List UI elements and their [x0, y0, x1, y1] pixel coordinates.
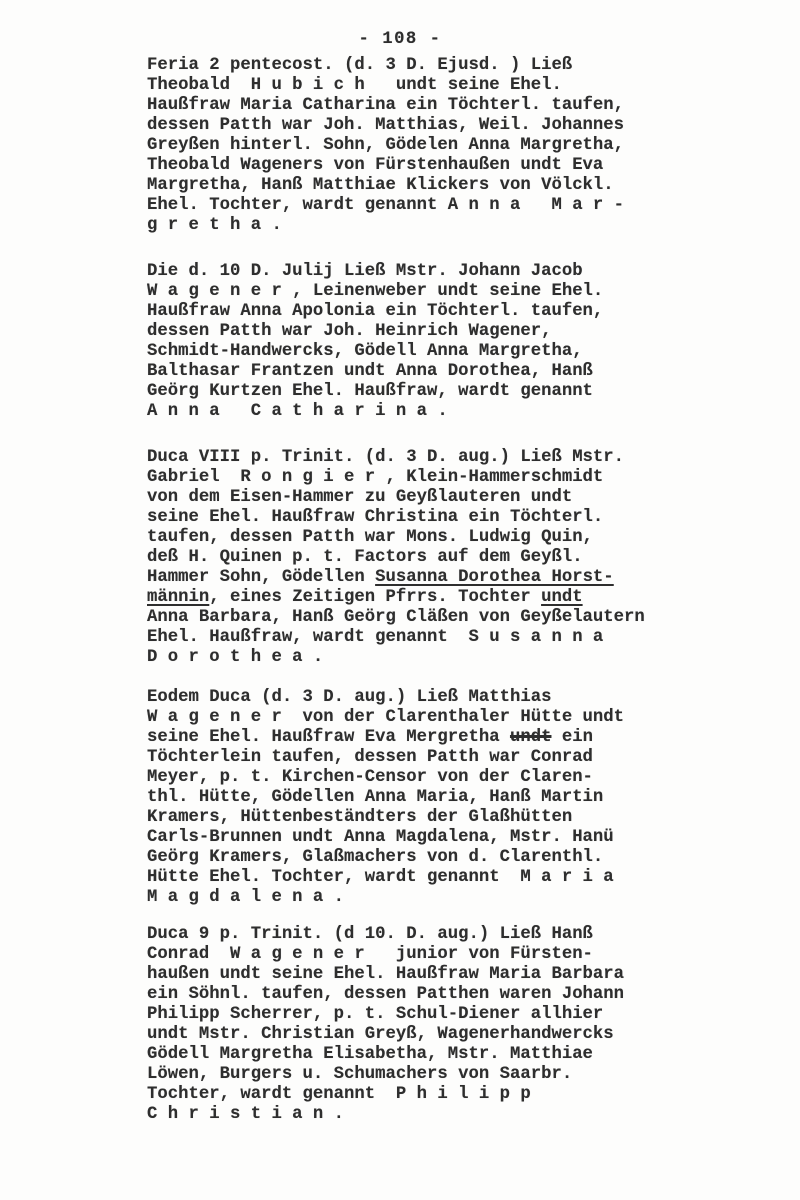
text-segment: seine Ehel. Haußfraw Christina ein Töcht…: [147, 508, 603, 527]
text-segment: Duca 9 p. Trinit. (d 10. D. aug.) Ließ H…: [147, 925, 593, 944]
text-segment: D o r o t h e a .: [147, 648, 323, 667]
text-line: Töchterlein taufen, dessen Patth war Con…: [147, 748, 767, 768]
text-segment: Haußfraw Maria Catharina ein Töchterl. t…: [147, 96, 624, 115]
text-line: Conrad W a g e n e r junior von Fürsten-: [147, 945, 767, 965]
text-line: Duca VIII p. Trinit. (d. 3 D. aug.) Ließ…: [147, 448, 767, 468]
text-line: Theobald H u b i c h undt seine Ehel.: [147, 76, 767, 96]
text-line: Ehel. Tochter, wardt genannt A n n a M a…: [147, 196, 767, 216]
text-segment: Greyßen hinterl. Sohn, Gödelen Anna Marg…: [147, 136, 624, 155]
text-line: Geörg Kramers, Glaßmachers von d. Claren…: [147, 848, 767, 868]
text-line: haußen undt seine Ehel. Haußfraw Maria B…: [147, 965, 767, 985]
text-segment: Margretha, Hanß Matthiae Klickers von Vö…: [147, 176, 614, 195]
text-segment: taufen, dessen Patth war Mons. Ludwig Qu…: [147, 528, 593, 547]
text-segment: Geörg Kramers, Glaßmachers von d. Claren…: [147, 848, 603, 867]
text-line: Feria 2 pentecost. (d. 3 D. Ejusd. ) Lie…: [147, 56, 767, 76]
text-segment: Schmidt-Handwercks, Gödell Anna Margreth…: [147, 342, 583, 361]
text-line: Hütte Ehel. Tochter, wardt genannt M a r…: [147, 868, 767, 888]
text-segment: haußen undt seine Ehel. Haußfraw Maria B…: [147, 965, 624, 984]
paragraph: Duca 9 p. Trinit. (d 10. D. aug.) Ließ H…: [147, 925, 767, 1125]
text-segment: M a g d a l e n a .: [147, 888, 344, 907]
text-line: seine Ehel. Haußfraw Eva Mergretha undt …: [147, 728, 767, 748]
text-segment: Carls-Brunnen undt Anna Magdalena, Mstr.…: [147, 828, 614, 847]
text-segment: Gödell Margretha Elisabetha, Mstr. Matth…: [147, 1045, 593, 1064]
text-segment: Feria 2 pentecost. (d. 3 D. Ejusd. ) Lie…: [147, 56, 572, 75]
text-segment: Ehel. Tochter, wardt genannt A n n a M a…: [147, 196, 624, 215]
paragraph: Feria 2 pentecost. (d. 3 D. Ejusd. ) Lie…: [147, 56, 767, 236]
text-segment: Geörg Kurtzen Ehel. Haußfraw, wardt gena…: [147, 382, 593, 401]
page-number: - 108 -: [0, 30, 800, 50]
text-line: von dem Eisen-Hammer zu Geyßlauteren und…: [147, 488, 767, 508]
text-line: Haußfraw Maria Catharina ein Töchterl. t…: [147, 96, 767, 116]
text-line: D o r o t h e a .: [147, 648, 767, 668]
text-line: taufen, dessen Patth war Mons. Ludwig Qu…: [147, 528, 767, 548]
text-line: Kramers, Hüttenbeständters der Glaßhütte…: [147, 808, 767, 828]
text-line: deß H. Quinen p. t. Factors auf dem Geyß…: [147, 548, 767, 568]
text-segment: von dem Eisen-Hammer zu Geyßlauteren und…: [147, 488, 572, 507]
text-segment: Balthasar Frantzen undt Anna Dorothea, H…: [147, 362, 593, 381]
text-segment: Hütte Ehel. Tochter, wardt genannt M a r…: [147, 868, 614, 887]
text-line: Meyer, p. t. Kirchen-Censor von der Clar…: [147, 768, 767, 788]
text-segment: W a g e n e r von der Clarenthaler Hütte…: [147, 708, 624, 727]
text-segment: seine Ehel. Haußfraw Eva Mergretha: [147, 728, 510, 747]
text-segment: C h r i s t i a n .: [147, 1105, 344, 1124]
text-segment: ein: [551, 728, 592, 747]
text-segment: Haußfraw Anna Apolonia ein Töchterl. tau…: [147, 302, 603, 321]
text-segment: Eodem Duca (d. 3 D. aug.) Ließ Matthias: [147, 688, 551, 707]
text-segment: Gabriel R o n g i e r , Klein-Hammerschm…: [147, 468, 603, 487]
text-line: Greyßen hinterl. Sohn, Gödelen Anna Marg…: [147, 136, 767, 156]
text-line: Schmidt-Handwercks, Gödell Anna Margreth…: [147, 342, 767, 362]
text-segment: dessen Patth war Joh. Matthias, Weil. Jo…: [147, 116, 624, 135]
text-segment: A n n a C a t h a r i n a .: [147, 402, 448, 421]
text-line: Gabriel R o n g i e r , Klein-Hammerschm…: [147, 468, 767, 488]
text-line: Balthasar Frantzen undt Anna Dorothea, H…: [147, 362, 767, 382]
text-line: W a g e n e r von der Clarenthaler Hütte…: [147, 708, 767, 728]
text-line: undt Mstr. Christian Greyß, Wagenerhandw…: [147, 1025, 767, 1045]
text-line: Haußfraw Anna Apolonia ein Töchterl. tau…: [147, 302, 767, 322]
text-segment: Theobald H u b i c h undt seine Ehel.: [147, 76, 562, 95]
text-segment: Löwen, Burgers u. Schumachers von Saarbr…: [147, 1065, 572, 1084]
text-segment: , eines Zeitigen Pfrrs. Tochter: [209, 588, 541, 607]
text-line: Carls-Brunnen undt Anna Magdalena, Mstr.…: [147, 828, 767, 848]
document-body: Feria 2 pentecost. (d. 3 D. Ejusd. ) Lie…: [147, 56, 767, 1125]
paragraph: Die d. 10 D. Julij Ließ Mstr. Johann Jac…: [147, 262, 767, 422]
text-line: W a g e n e r , Leinenweber undt seine E…: [147, 282, 767, 302]
text-line: M a g d a l e n a .: [147, 888, 767, 908]
text-line: Margretha, Hanß Matthiae Klickers von Vö…: [147, 176, 767, 196]
text-line: Ehel. Haußfraw, wardt genannt S u s a n …: [147, 628, 767, 648]
text-line: männin, eines Zeitigen Pfrrs. Tochter un…: [147, 588, 767, 608]
paragraph: Eodem Duca (d. 3 D. aug.) Ließ MatthiasW…: [147, 688, 767, 908]
text-segment: Kramers, Hüttenbeständters der Glaßhütte…: [147, 808, 572, 827]
text-segment: Philipp Scherrer, p. t. Schul-Diener all…: [147, 1005, 603, 1024]
text-line: seine Ehel. Haußfraw Christina ein Töcht…: [147, 508, 767, 528]
text-line: Anna Barbara, Hanß Geörg Cläßen von Geyß…: [147, 608, 767, 628]
text-segment: Hammer Sohn, Gödellen: [147, 568, 375, 587]
text-segment: Anna Barbara, Hanß Geörg Cläßen von Geyß…: [147, 608, 645, 627]
text-segment: g r e t h a .: [147, 216, 282, 235]
text-segment: Töchterlein taufen, dessen Patth war Con…: [147, 748, 593, 767]
underlined-text: undt: [541, 588, 582, 607]
text-line: Tochter, wardt genannt P h i l i p p: [147, 1085, 767, 1105]
text-segment: thl. Hütte, Gödellen Anna Maria, Hanß Ma…: [147, 788, 603, 807]
text-line: Geörg Kurtzen Ehel. Haußfraw, wardt gena…: [147, 382, 767, 402]
text-segment: deß H. Quinen p. t. Factors auf dem Geyß…: [147, 548, 583, 567]
text-line: g r e t h a .: [147, 216, 767, 236]
text-line: Löwen, Burgers u. Schumachers von Saarbr…: [147, 1065, 767, 1085]
underlined-text: Susanna Dorothea Horst-: [375, 568, 614, 587]
text-line: Die d. 10 D. Julij Ließ Mstr. Johann Jac…: [147, 262, 767, 282]
paragraph: Duca VIII p. Trinit. (d. 3 D. aug.) Ließ…: [147, 448, 767, 668]
text-segment: Conrad W a g e n e r junior von Fürsten-: [147, 945, 593, 964]
text-segment: Die d. 10 D. Julij Ließ Mstr. Johann Jac…: [147, 262, 583, 281]
text-segment: W a g e n e r , Leinenweber undt seine E…: [147, 282, 603, 301]
text-line: Philipp Scherrer, p. t. Schul-Diener all…: [147, 1005, 767, 1025]
text-segment: Ehel. Haußfraw, wardt genannt S u s a n …: [147, 628, 603, 647]
scanned-document-page: - 108 - Feria 2 pentecost. (d. 3 D. Ejus…: [0, 0, 800, 1200]
text-segment: dessen Patth war Joh. Heinrich Wagener,: [147, 322, 551, 341]
text-line: Hammer Sohn, Gödellen Susanna Dorothea H…: [147, 568, 767, 588]
text-line: Eodem Duca (d. 3 D. aug.) Ließ Matthias: [147, 688, 767, 708]
text-line: Duca 9 p. Trinit. (d 10. D. aug.) Ließ H…: [147, 925, 767, 945]
text-line: dessen Patth war Joh. Matthias, Weil. Jo…: [147, 116, 767, 136]
text-line: C h r i s t i a n .: [147, 1105, 767, 1125]
text-line: Gödell Margretha Elisabetha, Mstr. Matth…: [147, 1045, 767, 1065]
text-line: A n n a C a t h a r i n a .: [147, 402, 767, 422]
text-line: Theobald Wageners von Fürstenhaußen undt…: [147, 156, 767, 176]
text-segment: Tochter, wardt genannt P h i l i p p: [147, 1085, 531, 1104]
text-line: ein Söhnl. taufen, dessen Patthen waren …: [147, 985, 767, 1005]
text-segment: Meyer, p. t. Kirchen-Censor von der Clar…: [147, 768, 593, 787]
text-line: dessen Patth war Joh. Heinrich Wagener,: [147, 322, 767, 342]
text-line: thl. Hütte, Gödellen Anna Maria, Hanß Ma…: [147, 788, 767, 808]
struck-through-text: undt: [510, 728, 551, 747]
text-segment: ein Söhnl. taufen, dessen Patthen waren …: [147, 985, 624, 1004]
text-segment: Duca VIII p. Trinit. (d. 3 D. aug.) Ließ…: [147, 448, 624, 467]
underlined-text: männin: [147, 588, 209, 607]
text-segment: undt Mstr. Christian Greyß, Wagenerhandw…: [147, 1025, 614, 1044]
text-segment: Theobald Wageners von Fürstenhaußen undt…: [147, 156, 603, 175]
